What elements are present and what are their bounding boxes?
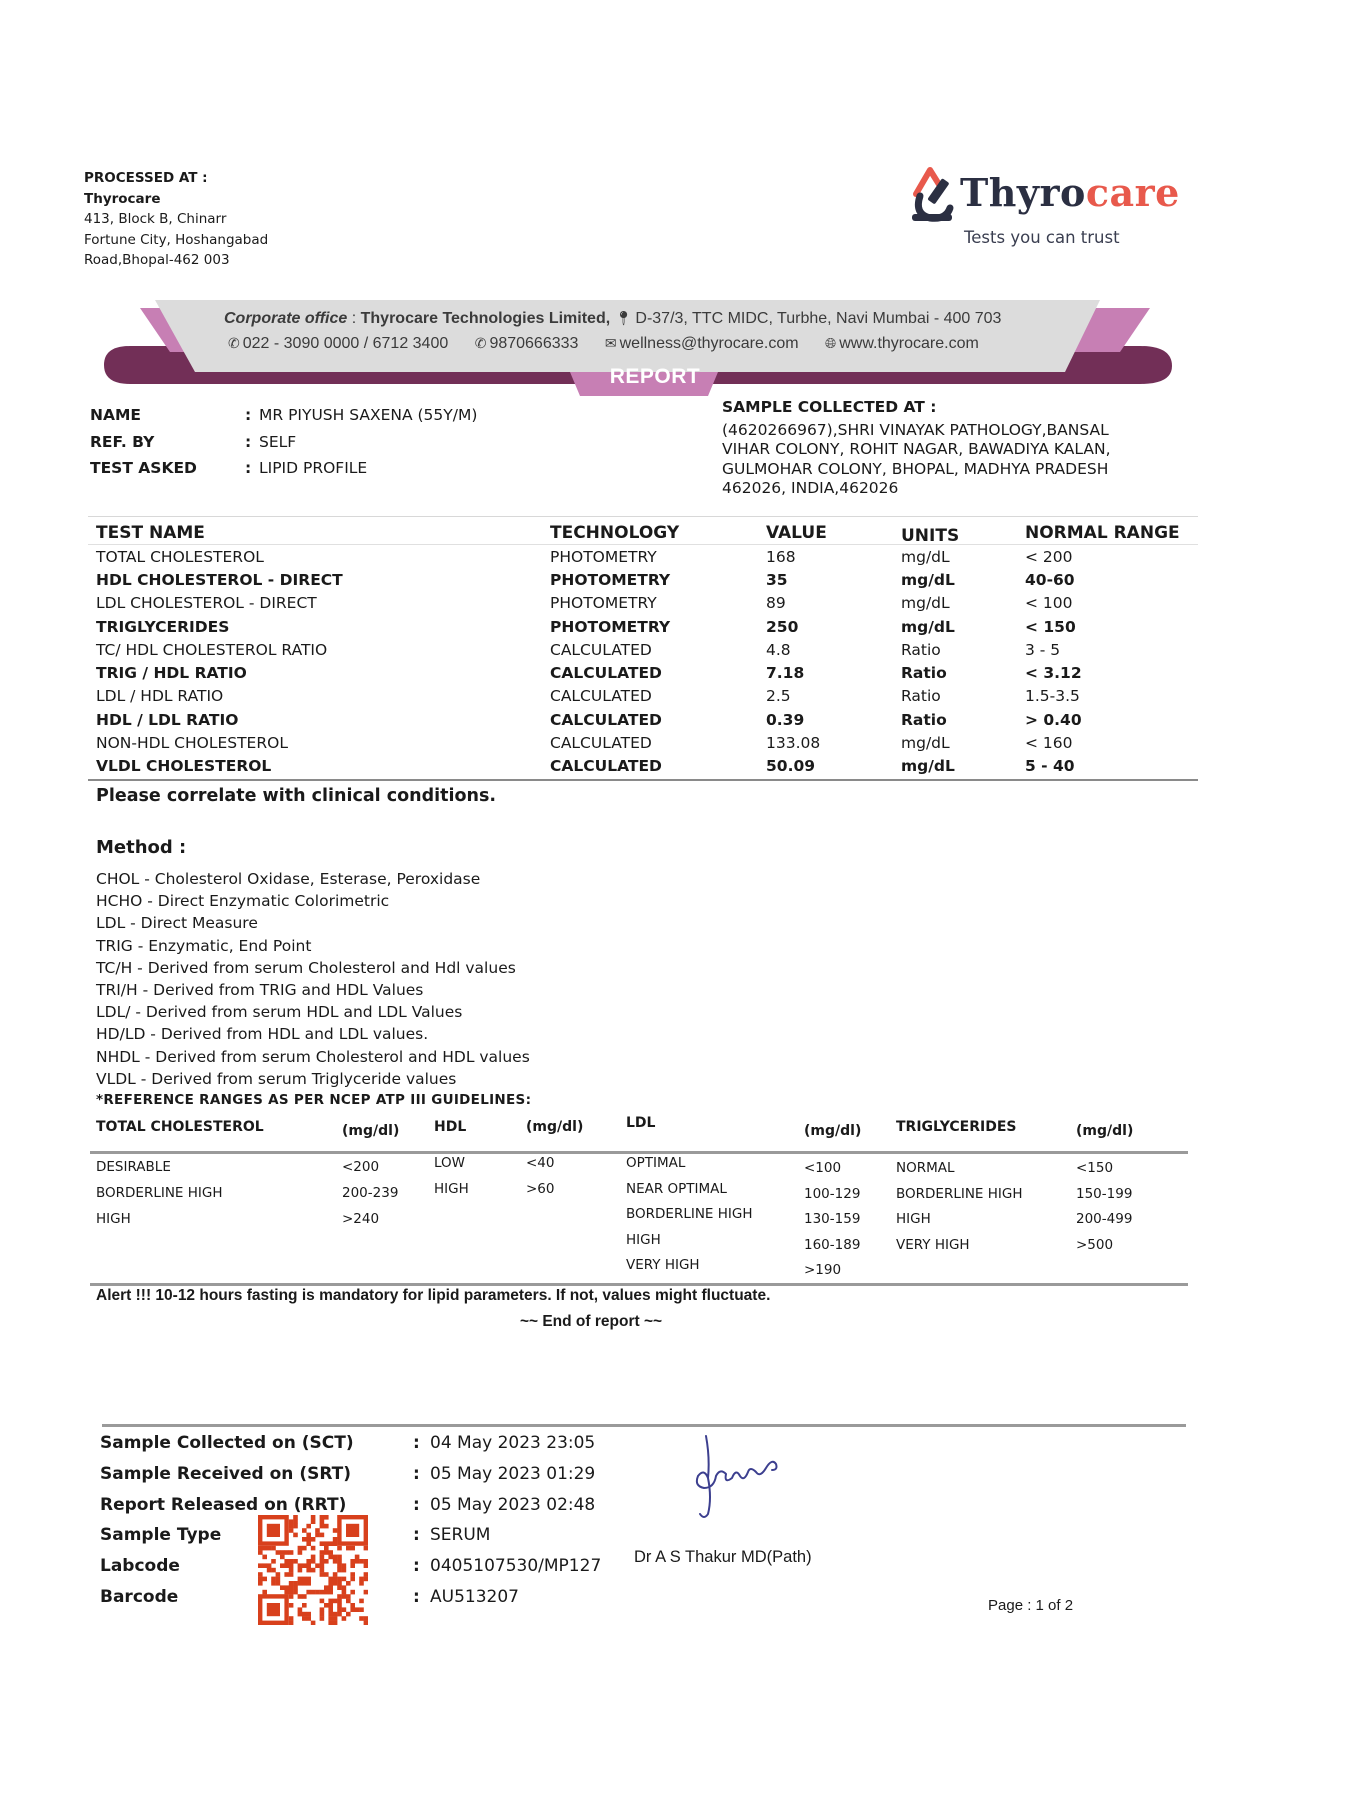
reference-range-label: HIGH	[434, 1181, 469, 1197]
reference-range-label: HIGH	[96, 1211, 131, 1227]
report-label: REPORT	[596, 365, 714, 389]
sample-collected-at: SAMPLE COLLECTED AT : (4620266967),SHRI …	[722, 398, 1162, 499]
result-cell-value: 35	[766, 571, 901, 589]
footer-divider	[102, 1424, 1186, 1427]
result-cell-test-name: LDL CHOLESTEROL - DIRECT	[88, 594, 550, 612]
result-cell-technology: CALCULATED	[550, 734, 766, 752]
method-line: CHOL - Cholesterol Oxidase, Esterase, Pe…	[96, 868, 530, 890]
result-cell-units: mg/dL	[901, 571, 1025, 589]
reference-range-label: NORMAL	[896, 1160, 955, 1176]
reference-ranges-note: *REFERENCE RANGES AS PER NCEP ATP III GU…	[96, 1092, 531, 1108]
reference-range-value: <150	[1076, 1160, 1113, 1176]
patient-field-ref-by: REF. BY:SELF	[90, 429, 477, 456]
result-row: LDL / HDL RATIOCALCULATED2.5Ratio1.5-3.5	[88, 685, 1198, 708]
method-heading: Method :	[96, 837, 186, 858]
sample-collected-at-heading: SAMPLE COLLECTED AT :	[722, 398, 1162, 418]
result-cell-technology: CALCULATED	[550, 664, 766, 682]
result-cell-value: 4.8	[766, 641, 901, 659]
result-cell-units: mg/dL	[901, 618, 1025, 636]
result-row: NON-HDL CHOLESTEROLCALCULATED133.08mg/dL…	[88, 731, 1198, 754]
sample-collected-at-line: GULMOHAR COLONY, BHOPAL, MADHYA PRADESH	[722, 460, 1162, 480]
results-table: TEST NAME TECHNOLOGY VALUE UNITS NORMAL …	[88, 516, 1198, 781]
reference-range-value: 100-129	[804, 1186, 860, 1202]
method-line: HD/LD - Derived from HDL and LDL values.	[96, 1023, 530, 1045]
qr-code	[258, 1515, 368, 1625]
whatsapp-icon: ✆	[475, 335, 487, 352]
result-cell-value: 168	[766, 548, 901, 566]
results-header-row: TEST NAME TECHNOLOGY VALUE UNITS NORMAL …	[88, 517, 1198, 545]
banner-contact-line: ✆022 - 3090 0000 / 6712 3400 ✆9870666333…	[228, 335, 1001, 353]
reference-range-label: VERY HIGH	[896, 1237, 970, 1253]
result-cell-normal-range: < 150	[1025, 618, 1198, 636]
patient-info: NAME:MR PIYUSH SAXENA (55Y/M) REF. BY:SE…	[90, 402, 477, 482]
footer-values: :04 May 2023 23:05:05 May 2023 01:29:05 …	[413, 1428, 601, 1612]
reference-group-unit: (mg/dl)	[1076, 1123, 1133, 1139]
patient-field-test-asked: TEST ASKED:LIPID PROFILE	[90, 455, 477, 482]
result-cell-normal-range: < 160	[1025, 734, 1198, 752]
footer-field-value: :04 May 2023 23:05	[413, 1428, 601, 1459]
footer-field-value: :0405107530/MP127	[413, 1551, 601, 1582]
patient-field-name: NAME:MR PIYUSH SAXENA (55Y/M)	[90, 402, 477, 429]
reference-range-value: 150-199	[1076, 1186, 1132, 1202]
result-cell-test-name: LDL / HDL RATIO	[88, 687, 550, 705]
result-cell-technology: CALCULATED	[550, 757, 766, 775]
column-header-test-name: TEST NAME	[88, 523, 550, 543]
result-cell-test-name: TRIGLYCERIDES	[88, 618, 550, 636]
result-cell-test-name: TRIG / HDL RATIO	[88, 664, 550, 682]
sample-collected-at-line: VIHAR COLONY, ROHIT NAGAR, BAWADIYA KALA…	[722, 440, 1162, 460]
doctor-signature	[686, 1428, 796, 1528]
result-cell-technology: PHOTOMETRY	[550, 548, 766, 566]
processed-at-block: PROCESSED AT : Thyrocare 413, Block B, C…	[84, 168, 268, 271]
logo-wordmark: Thyrocare	[960, 170, 1180, 215]
result-cell-units: mg/dL	[901, 734, 1025, 752]
result-row: TRIG / HDL RATIOCALCULATED7.18Ratio< 3.1…	[88, 661, 1198, 684]
method-line: LDL/ - Derived from serum HDL and LDL Va…	[96, 1001, 530, 1023]
reference-group-title: TRIGLYCERIDES	[896, 1119, 1017, 1135]
reference-range-label: BORDERLINE HIGH	[896, 1186, 1023, 1202]
reference-range-label: HIGH	[896, 1211, 931, 1227]
reference-range-value: >60	[526, 1181, 555, 1197]
result-cell-units: Ratio	[901, 641, 1025, 659]
reference-group-title: HDL	[434, 1119, 466, 1135]
result-cell-technology: PHOTOMETRY	[550, 571, 766, 589]
footer-field-value: :05 May 2023 02:48	[413, 1489, 601, 1520]
result-cell-technology: CALCULATED	[550, 687, 766, 705]
microscope-drop-icon	[908, 164, 956, 224]
result-cell-technology: CALCULATED	[550, 711, 766, 729]
result-cell-technology: PHOTOMETRY	[550, 618, 766, 636]
processed-at-address-line: Fortune City, Hoshangabad	[84, 230, 268, 251]
result-cell-normal-range: < 200	[1025, 548, 1198, 566]
result-cell-test-name: TC/ HDL CHOLESTEROL RATIO	[88, 641, 550, 659]
end-of-report: ~~ End of report ~~	[0, 1313, 1182, 1331]
reference-group-title: TOTAL CHOLESTEROL	[96, 1119, 264, 1135]
result-row: TC/ HDL CHOLESTEROL RATIOCALCULATED4.8Ra…	[88, 638, 1198, 661]
result-cell-value: 250	[766, 618, 901, 636]
reference-group-unit: (mg/dl)	[342, 1123, 399, 1139]
reference-ranges-table: TOTAL CHOLESTEROL(mg/dl)DESIRABLE<200BOR…	[90, 1115, 1188, 1287]
mail-icon: ✉	[605, 335, 617, 352]
result-cell-normal-range: 5 - 40	[1025, 757, 1198, 775]
reference-range-value: <200	[342, 1159, 379, 1175]
reference-group-unit: (mg/dl)	[526, 1119, 583, 1135]
reference-range-value: <100	[804, 1160, 841, 1176]
banner-corporate-line: Corporate office : Thyrocare Technologie…	[224, 310, 1001, 328]
method-line: TRIG - Enzymatic, End Point	[96, 935, 530, 957]
result-cell-test-name: NON-HDL CHOLESTEROL	[88, 734, 550, 752]
method-line: TRI/H - Derived from TRIG and HDL Values	[96, 979, 530, 1001]
method-line: LDL - Direct Measure	[96, 912, 530, 934]
footer-field-value: :SERUM	[413, 1520, 601, 1551]
reference-range-label: OPTIMAL	[626, 1155, 685, 1171]
result-cell-value: 89	[766, 594, 901, 612]
page-number: Page : 1 of 2	[988, 1597, 1073, 1614]
result-cell-test-name: VLDL CHOLESTEROL	[88, 757, 550, 775]
result-cell-units: Ratio	[901, 711, 1025, 729]
correlate-note: Please correlate with clinical condition…	[96, 786, 496, 806]
reference-range-label: NEAR OPTIMAL	[626, 1181, 727, 1197]
reference-group-unit: (mg/dl)	[804, 1123, 861, 1139]
column-header-units: UNITS	[901, 526, 1025, 546]
result-cell-value: 133.08	[766, 734, 901, 752]
processed-at-address-line: 413, Block B, Chinarr	[84, 209, 268, 230]
globe-icon: 🌐︎	[825, 335, 836, 352]
method-list: CHOL - Cholesterol Oxidase, Esterase, Pe…	[96, 868, 530, 1090]
reference-range-label: BORDERLINE HIGH	[96, 1185, 223, 1201]
corporate-banner: Corporate office : Thyrocare Technologie…	[100, 298, 1180, 396]
reference-range-value: <40	[526, 1155, 555, 1171]
footer-field-value: :AU513207	[413, 1581, 601, 1612]
phone-icon: ✆	[228, 335, 240, 352]
method-line: VLDL - Derived from serum Triglyceride v…	[96, 1068, 530, 1090]
result-cell-normal-range: > 0.40	[1025, 711, 1198, 729]
processed-at-lab: Thyrocare	[84, 189, 268, 210]
processed-at-heading: PROCESSED AT :	[84, 168, 268, 189]
thyrocare-logo: Thyrocare Tests you can trust	[908, 160, 1168, 255]
result-row: LDL CHOLESTEROL - DIRECTPHOTOMETRY89mg/d…	[88, 592, 1198, 615]
fasting-alert: Alert !!! 10-12 hours fasting is mandato…	[96, 1287, 770, 1305]
result-row: VLDL CHOLESTEROLCALCULATED50.09mg/dL5 - …	[88, 755, 1198, 778]
result-cell-technology: CALCULATED	[550, 641, 766, 659]
result-cell-normal-range: 1.5-3.5	[1025, 687, 1198, 705]
doctor-name: Dr A S Thakur MD(Path)	[634, 1548, 812, 1567]
result-cell-units: mg/dL	[901, 757, 1025, 775]
reference-range-value: 130-159	[804, 1211, 860, 1227]
result-cell-units: mg/dL	[901, 548, 1025, 566]
result-cell-value: 7.18	[766, 664, 901, 682]
result-cell-units: mg/dL	[901, 594, 1025, 612]
reference-range-label: DESIRABLE	[96, 1159, 171, 1175]
footer-field-label: Sample Received on (SRT)	[100, 1459, 354, 1490]
method-line: TC/H - Derived from serum Cholesterol an…	[96, 957, 530, 979]
reference-range-label: HIGH	[626, 1232, 661, 1248]
reference-range-value: 200-499	[1076, 1211, 1132, 1227]
footer-field-value: :05 May 2023 01:29	[413, 1459, 601, 1490]
result-row: HDL / LDL RATIOCALCULATED0.39Ratio> 0.40	[88, 708, 1198, 731]
result-cell-units: Ratio	[901, 687, 1025, 705]
result-cell-normal-range: 40-60	[1025, 571, 1198, 589]
reference-range-label: LOW	[434, 1155, 465, 1171]
column-header-normal-range: NORMAL RANGE	[1025, 523, 1198, 543]
reference-range-value: 160-189	[804, 1237, 860, 1253]
result-cell-normal-range: < 3.12	[1025, 664, 1198, 682]
method-line: NHDL - Derived from serum Cholesterol an…	[96, 1046, 530, 1068]
reference-range-value: >500	[1076, 1237, 1113, 1253]
result-row: HDL CHOLESTEROL - DIRECTPHOTOMETRY35mg/d…	[88, 568, 1198, 591]
result-row: TRIGLYCERIDESPHOTOMETRY250mg/dL< 150	[88, 615, 1198, 638]
result-cell-test-name: HDL CHOLESTEROL - DIRECT	[88, 571, 550, 589]
method-line: HCHO - Direct Enzymatic Colorimetric	[96, 890, 530, 912]
result-cell-test-name: TOTAL CHOLESTEROL	[88, 548, 550, 566]
result-cell-test-name: HDL / LDL RATIO	[88, 711, 550, 729]
result-cell-normal-range: 3 - 5	[1025, 641, 1198, 659]
reference-range-label: BORDERLINE HIGH	[626, 1206, 753, 1222]
result-cell-normal-range: < 100	[1025, 594, 1198, 612]
result-cell-value: 0.39	[766, 711, 901, 729]
result-row: TOTAL CHOLESTEROLPHOTOMETRY168mg/dL< 200	[88, 545, 1198, 568]
reference-group-title: LDL	[626, 1115, 655, 1131]
sample-collected-at-line: 462026, INDIA,462026	[722, 479, 1162, 499]
reference-range-label: VERY HIGH	[626, 1257, 700, 1273]
result-cell-value: 2.5	[766, 687, 901, 705]
location-pin-icon: 📍︎	[615, 310, 633, 327]
footer-field-label: Sample Collected on (SCT)	[100, 1428, 354, 1459]
result-cell-units: Ratio	[901, 664, 1025, 682]
reference-range-value: >240	[342, 1211, 379, 1227]
logo-tagline: Tests you can trust	[964, 228, 1120, 247]
column-header-value: VALUE	[766, 523, 901, 543]
reference-range-value: >190	[804, 1262, 841, 1278]
reference-range-value: 200-239	[342, 1185, 398, 1201]
result-cell-value: 50.09	[766, 757, 901, 775]
result-cell-technology: PHOTOMETRY	[550, 594, 766, 612]
column-header-technology: TECHNOLOGY	[550, 523, 766, 543]
processed-at-address-line: Road,Bhopal-462 003	[84, 250, 268, 271]
sample-collected-at-line: (4620266967),SHRI VINAYAK PATHOLOGY,BANS…	[722, 421, 1162, 441]
